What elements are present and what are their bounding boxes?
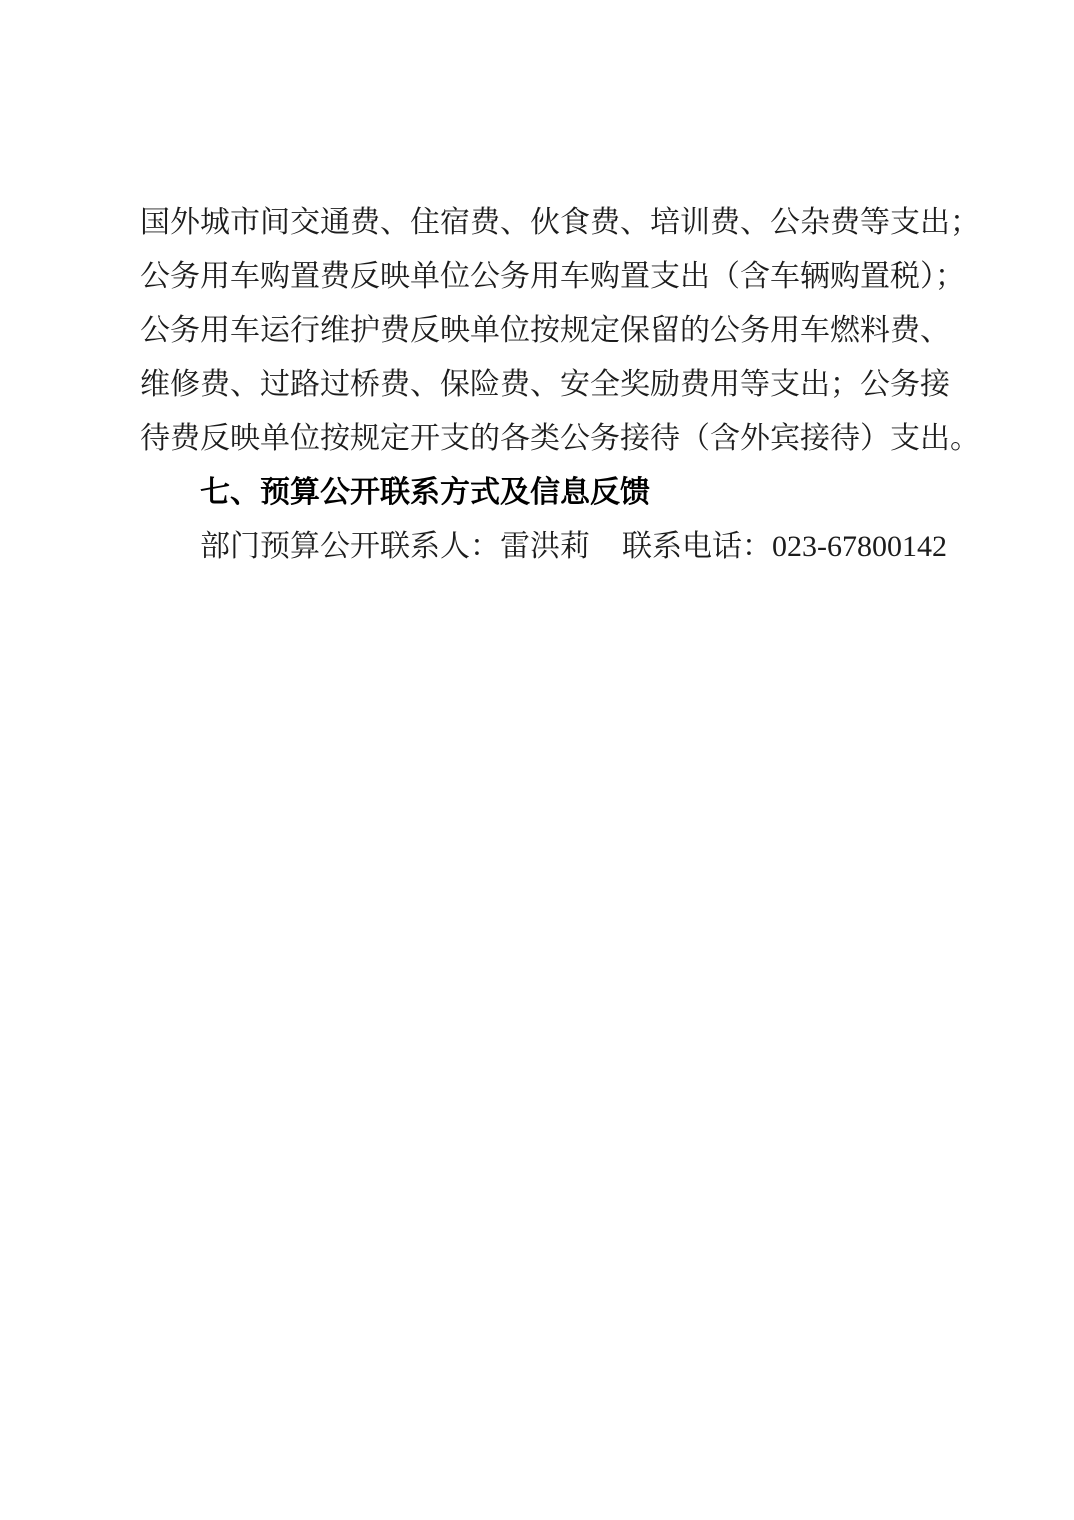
document-page: 国外城市间交通费、住宿费、伙食费、培训费、公杂费等支出； 公务用车购置费反映单位… (0, 0, 1074, 1520)
paragraph-line: 国外城市间交通费、住宿费、伙食费、培训费、公杂费等支出； (140, 196, 940, 250)
contact-phone-label: 联系电话： (622, 530, 772, 563)
paragraph-line: 维修费、过路过桥费、保险费、安全奖励费用等支出；公务接 (140, 358, 940, 412)
contact-phone-number: 023-67800142 (772, 530, 947, 563)
text-block: 国外城市间交通费、住宿费、伙食费、培训费、公杂费等支出； 公务用车购置费反映单位… (140, 196, 940, 574)
section-heading: 七、预算公开联系方式及信息反馈 (140, 466, 940, 520)
paragraph-line: 公务用车运行维护费反映单位按规定保留的公务用车燃料费、 (140, 304, 940, 358)
contact-line: 部门预算公开联系人：雷洪莉联系电话：023-67800142 (140, 520, 940, 574)
contact-person-label: 部门预算公开联系人： (200, 530, 500, 563)
paragraph-line: 待费反映单位按规定开支的各类公务接待（含外宾接待）支出。 (140, 412, 940, 466)
contact-person-name: 雷洪莉 (500, 530, 590, 563)
paragraph-line: 公务用车购置费反映单位公务用车购置支出（含车辆购置税）； (140, 250, 940, 304)
